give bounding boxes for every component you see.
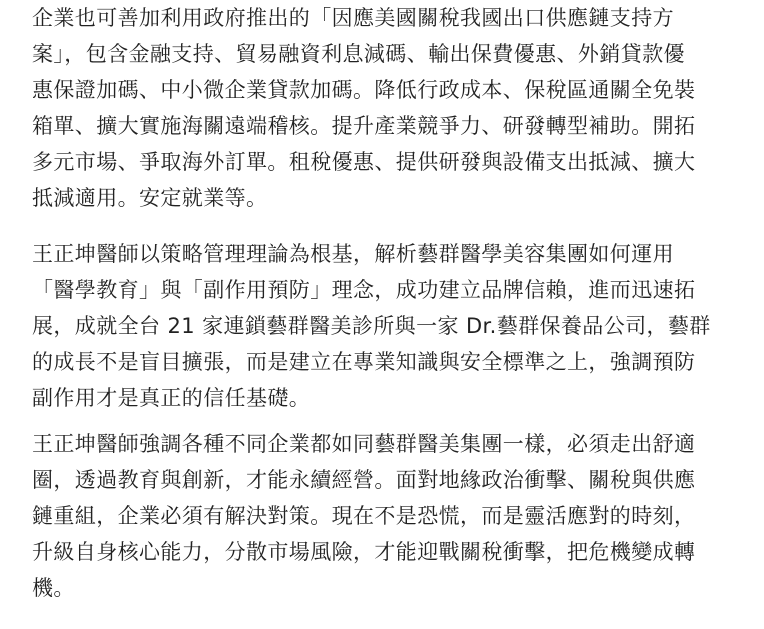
text-line: 企業也可善加利用政府推出的「因應美國關稅我國出口供應鏈支持方 [32, 0, 732, 36]
paragraph-strategy: 王正坤醫師以策略管理理論為根基，解析藝群醫學美容集團如何運用 「醫學教育」與「副… [32, 236, 732, 416]
text-line: 升級自身核心能力，分散市場風險，才能迎戰關稅衝擊，把危機變成轉 [32, 534, 732, 570]
text-line: 惠保證加碼、中小微企業貸款加碼。降低行政成本、保稅區通關全免裝 [32, 72, 732, 108]
text-line: 「醫學教育」與「副作用預防」理念，成功建立品牌信賴，進而迅速拓 [32, 272, 732, 308]
article-body: … 企業也可善加利用政府推出的「因應美國關稅我國出口供應鏈支持方 案」，包含金融… [32, 0, 732, 606]
text-line: 抵減適用。安定就業等。 [32, 180, 732, 216]
paragraph-export-support: 企業也可善加利用政府推出的「因應美國關稅我國出口供應鏈支持方 案」，包含金融支持… [32, 0, 732, 216]
paragraph-spacer [32, 216, 732, 236]
text-line: 副作用才是真正的信任基礎。 [32, 380, 732, 416]
text-line: 箱單、擴大實施海關遠端稽核。提升產業競爭力、研發轉型補助。開拓 [32, 108, 732, 144]
paragraph-spacer [32, 416, 732, 426]
text-line: 機。 [32, 570, 732, 606]
text-line: 多元市場、爭取海外訂單。租稅優惠、提供研發與設備支出抵減、擴大 [32, 144, 732, 180]
text-line: 鏈重組，企業必須有解決對策。現在不是恐慌，而是靈活應對的時刻， [32, 498, 732, 534]
text-line: 王正坤醫師以策略管理理論為根基，解析藝群醫學美容集團如何運用 [32, 236, 732, 272]
paragraph-innovation: 王正坤醫師強調各種不同企業都如同藝群醫美集團一樣，必須走出舒適 圈，透過教育與創… [32, 426, 732, 606]
text-line: 的成長不是盲目擴張，而是建立在專業知識與安全標準之上，強調預防 [32, 344, 732, 380]
text-line: 案」，包含金融支持、貿易融資利息減碼、輸出保費優惠、外銷貸款優 [32, 36, 732, 72]
text-line: 圈，透過教育與創新，才能永續經營。面對地緣政治衝擊、關稅與供應 [32, 462, 732, 498]
text-line: 王正坤醫師強調各種不同企業都如同藝群醫美集團一樣，必須走出舒適 [32, 426, 732, 462]
text-line: 展，成就全台 21 家連鎖藝群醫美診所與一家 Dr.藝群保養品公司，藝群 [32, 308, 732, 344]
